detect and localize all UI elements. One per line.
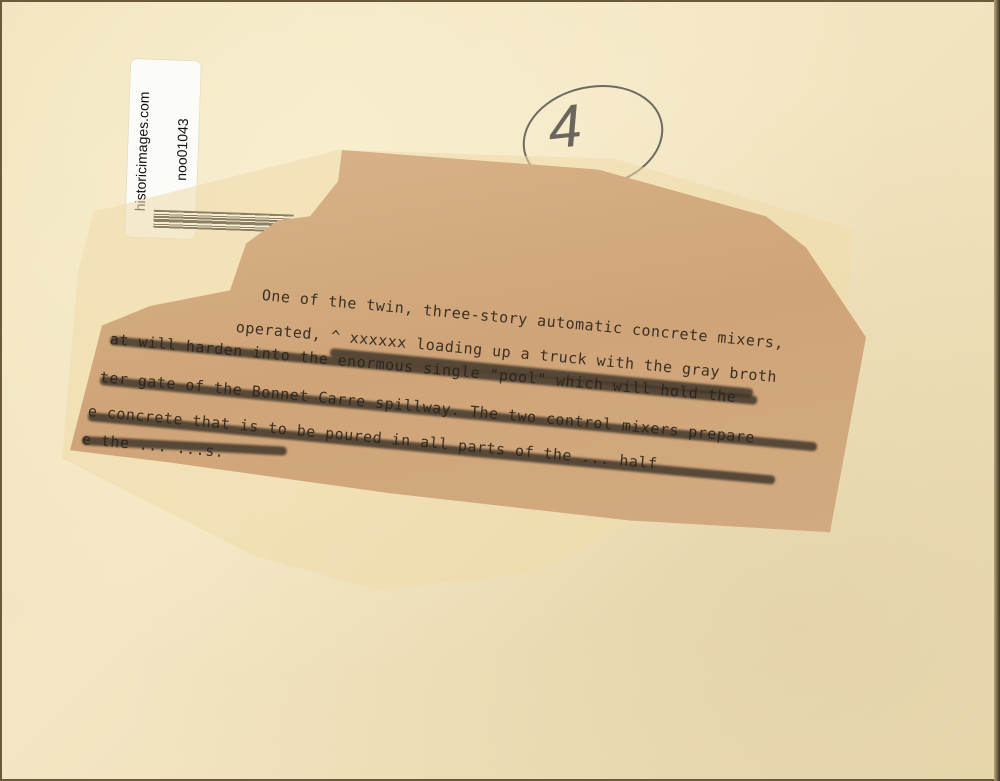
label-id: noo01043	[173, 118, 191, 181]
label-site: historicimages.com	[132, 91, 152, 211]
handwritten-number: 4	[544, 90, 584, 162]
photo-edge	[994, 0, 1000, 781]
